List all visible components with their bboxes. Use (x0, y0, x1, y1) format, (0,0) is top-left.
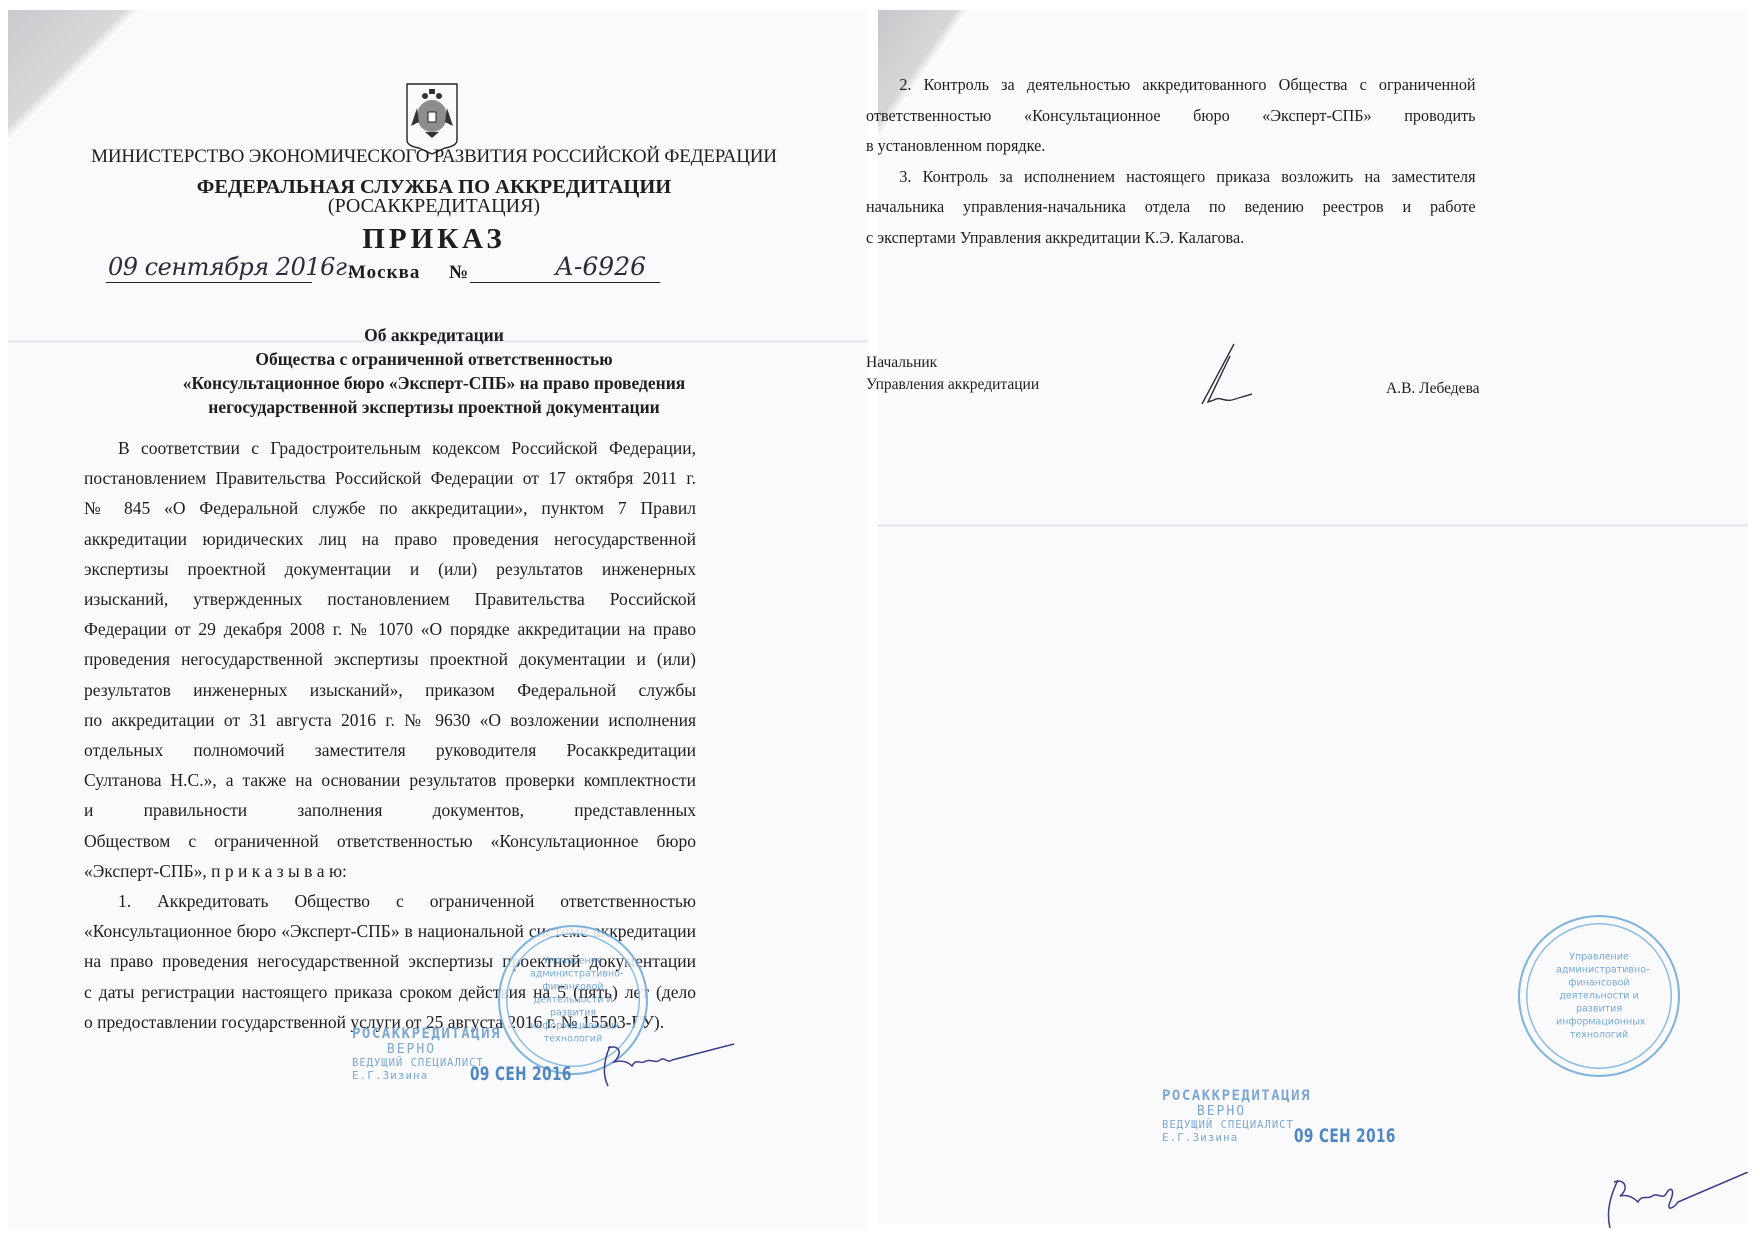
text-line: результатов инженерных изысканий», прика… (84, 675, 696, 705)
text-line: с экспертами Управления аккредитации К.Э… (866, 223, 1476, 254)
coat-of-arms-icon (405, 82, 459, 156)
seal-text: информационных (530, 1020, 616, 1033)
date-stamp: 09 СЕН 2016 (470, 1063, 572, 1085)
seal-text: информационных (1556, 1016, 1642, 1029)
order-item-1: 1. Аккредитовать Общество с ограниченной… (84, 886, 696, 916)
text-line: ответственностью «Консультационное бюро … (866, 101, 1476, 132)
order-subject: Об аккредитации Общества с ограниченной … (0, 323, 868, 419)
text-line: аккредитации юридических лиц на право пр… (84, 524, 696, 554)
seal-text: финансовой (1556, 977, 1642, 990)
seal-text: Управление (530, 955, 616, 968)
document-type: ПРИКАЗ (0, 223, 868, 256)
subject-line: негосударственной экспертизы проектной д… (0, 395, 868, 419)
subject-line: «Консультационное бюро «Эксперт-СПБ» на … (0, 371, 868, 395)
text-line: в установленном порядке. (866, 131, 1476, 162)
text-line: экспертизы проектной документации и (или… (84, 554, 696, 584)
stamp-mark: ВЕРНО (1162, 1104, 1311, 1119)
stamp-name: Е.Г.Зизина (1162, 1131, 1311, 1144)
seal-text: технологий (1556, 1029, 1642, 1042)
signatory-title-line: Начальник (866, 352, 1039, 374)
signatory-title-line: Управления аккредитации (866, 374, 1039, 396)
date-underline (106, 282, 312, 283)
signature-icon (1590, 1172, 1750, 1232)
order-date-handwritten: 09 сентября 2016г. (108, 253, 354, 281)
paper-crease (878, 524, 1748, 527)
seal-text: деятельности и развития (1556, 990, 1642, 1016)
date-stamp: 09 СЕН 2016 (1294, 1125, 1396, 1147)
text-line: № 845 «О Федеральной службе по аккредита… (84, 493, 696, 523)
text-line: изысканий, утвержденных постановлением П… (84, 584, 696, 614)
order-item-2: 2. Контроль за деятельностью аккредитова… (866, 70, 1476, 101)
seal-text: финансовой (530, 981, 616, 994)
text-line: проведения негосударственной экспертизы … (84, 644, 696, 674)
order-item-3: 3. Контроль за исполнением настоящего пр… (866, 162, 1476, 193)
text-line: постановлением Правительства Российской … (84, 463, 696, 493)
text-line: по аккредитации от 31 августа 2016 г. № … (84, 705, 696, 735)
folded-corner (8, 10, 138, 140)
seal-text: деятельности и развития (530, 994, 616, 1020)
signatory-name: А.В. Лебедева (1386, 380, 1480, 398)
signature-icon (598, 1040, 738, 1092)
text-line: В соответствии с Градостроительным кодек… (84, 433, 696, 463)
order-body-continued: 2. Контроль за деятельностью аккредитова… (866, 70, 1488, 253)
text-line: Обществом с ограниченной ответственность… (84, 826, 696, 856)
text-line: и правильности заполнения документов, пр… (84, 795, 696, 825)
city: Москва (348, 262, 420, 284)
signatory-title: Начальник Управления аккредитации (866, 352, 1039, 396)
seal-text: административно- (530, 968, 616, 981)
text-line: «Эксперт-СПБ», п р и к а з ы в а ю: (84, 856, 696, 886)
text-line: начальника управления-начальника отдела … (866, 192, 1476, 223)
text-line: Федерации от 29 декабря 2008 г. № 1070 «… (84, 614, 696, 644)
stamp-org: РОСАККРЕДИТАЦИЯ (1162, 1088, 1311, 1104)
stamp-position: ВЕДУЩИЙ СПЕЦИАЛИСТ (1162, 1119, 1311, 1131)
seal-text: Управление (1556, 951, 1642, 964)
text-line: Султанова Н.С.», а также на основании ре… (84, 765, 696, 795)
number-sign: № (449, 262, 468, 284)
number-underline (470, 282, 660, 283)
stamp-mark: ВЕРНО (352, 1042, 501, 1057)
agency-short-name: (РОСАККРЕДИТАЦИЯ) (0, 195, 868, 218)
round-seal-stamp: Управление административно- финансовой д… (1518, 915, 1680, 1077)
seal-text: административно- (1556, 964, 1642, 977)
text-line: отдельных полномочий заместителя руковод… (84, 735, 696, 765)
order-number-handwritten: А-6926 (555, 252, 646, 281)
ministry-name: МИНИСТЕРСТВО ЭКОНОМИЧЕСКОГО РАЗВИТИЯ РОС… (0, 146, 868, 168)
subject-line: Об аккредитации (0, 323, 868, 347)
certified-copy-stamp: РОСАККРЕДИТАЦИЯ ВЕРНО ВЕДУЩИЙ СПЕЦИАЛИСТ… (1162, 1088, 1311, 1144)
subject-line: Общества с ограниченной ответственностью (0, 347, 868, 371)
stamp-org: РОСАККРЕДИТАЦИЯ (352, 1026, 501, 1042)
signature-icon (1194, 342, 1264, 408)
